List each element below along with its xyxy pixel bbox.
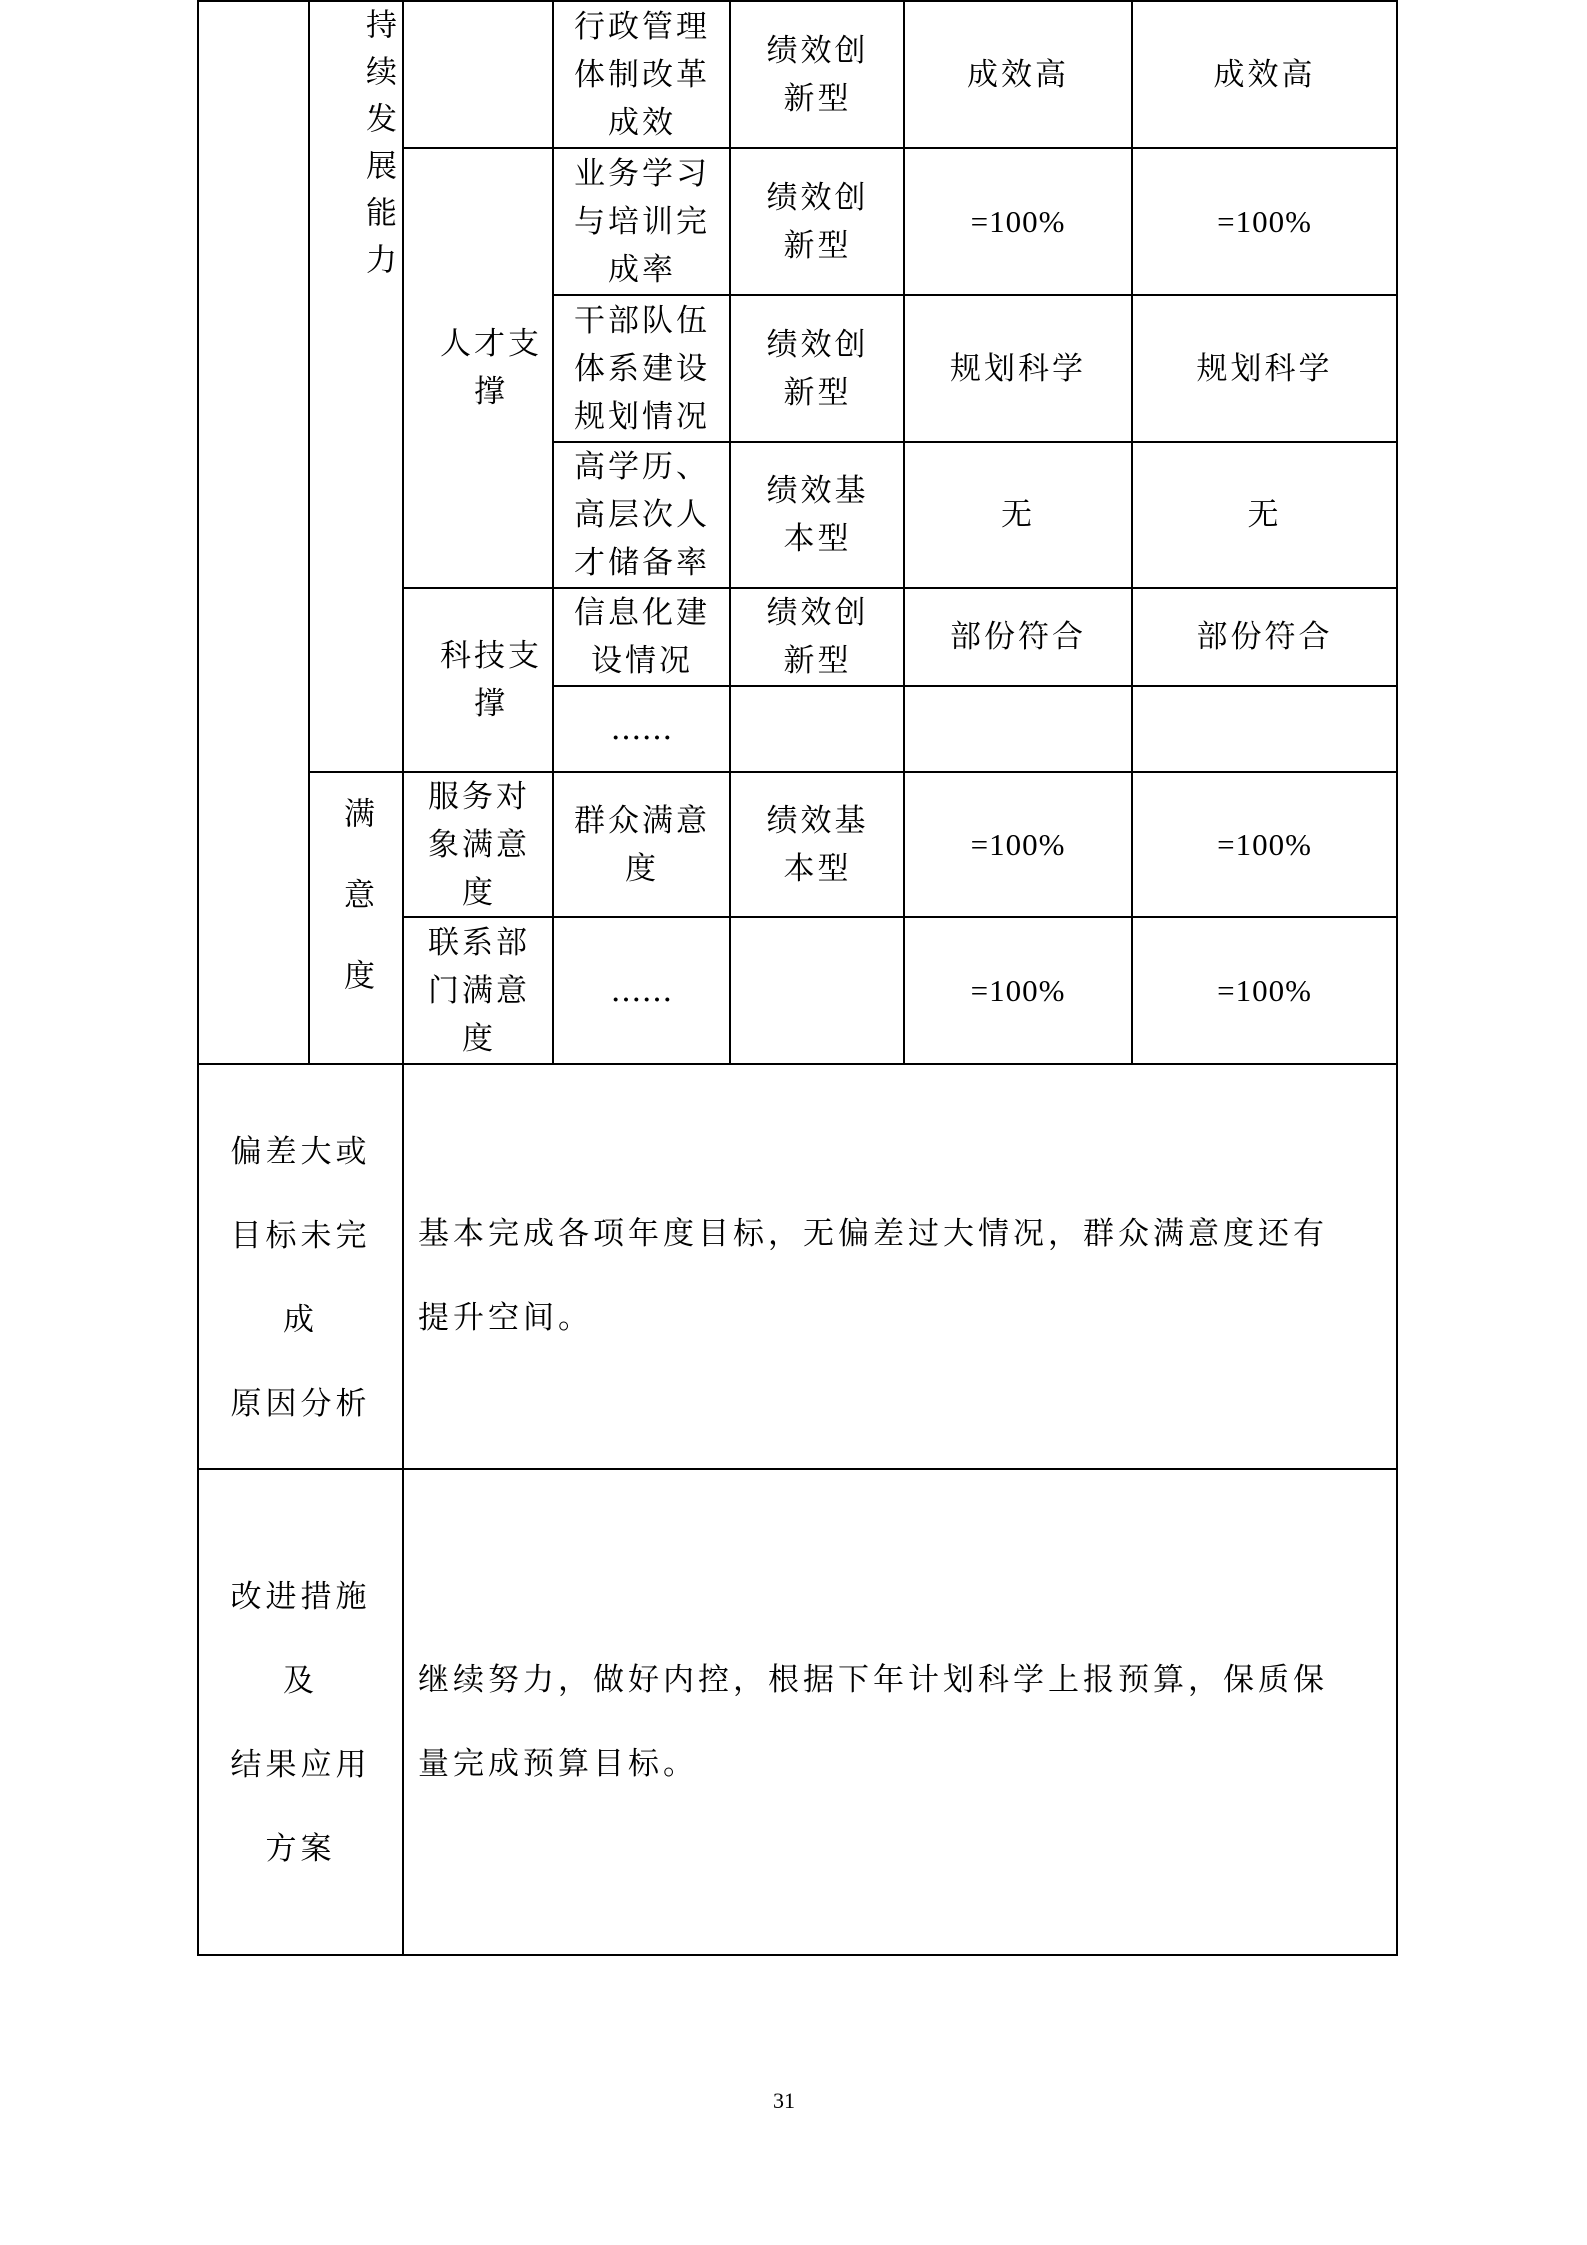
indicator-cell: 业务学习与培训完成率	[562, 149, 722, 294]
indicator-cell: 高学历、高层次人才储备率	[562, 443, 722, 587]
target-cell: 规划科学	[905, 296, 1131, 441]
actual-cell	[1133, 687, 1396, 771]
actual-cell: 规划科学	[1133, 296, 1396, 441]
row-divider	[197, 1468, 1398, 1470]
level3-talent: 人才支撑	[430, 149, 552, 587]
table-bottom-border	[197, 1954, 1398, 1956]
indicator-cell: ……	[554, 687, 729, 771]
indicator-cell: 行政管理体制改革成效	[562, 2, 722, 147]
target-cell: 无	[905, 443, 1131, 587]
col-divider	[402, 0, 404, 1956]
actual-cell: 部份符合	[1133, 589, 1396, 685]
target-cell	[905, 687, 1131, 771]
type-cell: 绩效创新型	[760, 149, 875, 294]
level2-satisfaction: 满意度	[310, 773, 402, 1063]
type-cell	[731, 687, 903, 771]
indicator-cell: 信息化建设情况	[562, 589, 722, 685]
level3-service-satisfaction: 服务对象满意度	[414, 773, 544, 916]
type-cell: 绩效创新型	[760, 589, 875, 685]
actual-cell: =100%	[1133, 149, 1396, 294]
deviation-label: 偏差大或 目标未完 成 原因分析	[199, 1110, 402, 1446]
table-right-border	[1396, 0, 1398, 1956]
col-divider	[729, 0, 731, 1063]
level2-sustainable: 持续发展能力	[310, 4, 402, 294]
improvement-label: 改进措施 及 结果应用 方案	[199, 1555, 402, 1891]
target-cell: =100%	[905, 773, 1131, 916]
col-divider	[552, 0, 554, 1063]
row-divider	[197, 1063, 1398, 1065]
actual-cell: 无	[1133, 443, 1396, 587]
page-number: 31	[773, 2088, 795, 2114]
target-cell: 成效高	[905, 2, 1131, 147]
actual-cell: 成效高	[1133, 2, 1396, 147]
target-cell: =100%	[905, 149, 1131, 294]
indicator-cell: 干部队伍体系建设规划情况	[562, 296, 722, 441]
actual-cell: =100%	[1133, 918, 1396, 1063]
actual-cell: =100%	[1133, 773, 1396, 916]
target-cell: =100%	[905, 918, 1131, 1063]
deviation-text: 基本完成各项年度目标，无偏差过大情况，群众满意度还有 提升空间。	[418, 1192, 1393, 1360]
type-cell: 绩效基本型	[760, 443, 875, 587]
indicator-cell: 群众满意度	[562, 773, 722, 916]
type-cell: 绩效创新型	[760, 2, 875, 147]
target-cell: 部份符合	[905, 589, 1131, 685]
type-cell	[731, 918, 903, 1063]
type-cell: 绩效基本型	[760, 773, 875, 916]
improvement-text: 继续努力，做好内控，根据下年计划科学上报预算，保质保 量完成预算目标。	[418, 1638, 1393, 1806]
level3-tech: 科技支撑	[430, 589, 552, 771]
type-cell: 绩效创新型	[760, 296, 875, 441]
indicator-cell: ……	[554, 918, 729, 1063]
level3-dept-satisfaction: 联系部门满意度	[414, 918, 544, 1063]
